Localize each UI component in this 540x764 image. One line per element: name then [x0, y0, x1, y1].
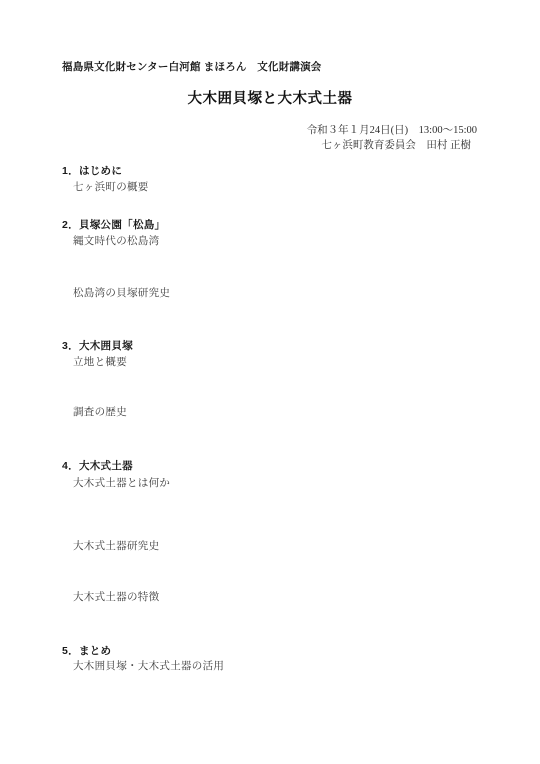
- section-2-item-2: 松島湾の貝塚研究史: [73, 287, 170, 300]
- section-5-item-1: 大木囲貝塚・大木式土器の活用: [73, 660, 224, 673]
- organizer-line: 福島県文化財センター白河館 まほろん 文化財講演会: [62, 61, 322, 74]
- section-heading-5: 5．まとめ: [62, 645, 111, 658]
- section-4-item-3: 大木式土器の特徴: [73, 591, 159, 604]
- section-heading-3: 3．大木囲貝塚: [62, 340, 133, 353]
- section-heading-2: 2．貝塚公園「松島」: [62, 219, 165, 232]
- section-2-item-1: 縄文時代の松島湾: [73, 235, 159, 248]
- event-datetime: 令和３年１月24日(日) 13:00～15:00: [307, 124, 477, 139]
- section-heading-1: 1．はじめに: [62, 165, 122, 178]
- section-4-item-1: 大木式土器とは何か: [73, 477, 170, 490]
- document-title: 大木囲貝塚と大木式土器: [0, 90, 540, 108]
- section-3-item-1: 立地と概要: [73, 356, 127, 369]
- section-heading-4: 4．大木式土器: [62, 460, 133, 473]
- event-meta: 令和３年１月24日(日) 13:00～15:00 七ヶ浜町教育委員会 田村 正樹: [307, 124, 477, 153]
- presenter-line: 七ヶ浜町教育委員会 田村 正樹: [307, 139, 477, 154]
- section-1-item-1: 七ヶ浜町の概要: [73, 181, 149, 194]
- section-4-item-2: 大木式土器研究史: [73, 540, 159, 553]
- document-page: 福島県文化財センター白河館 まほろん 文化財講演会 大木囲貝塚と大木式土器 令和…: [0, 0, 540, 764]
- section-3-item-2: 調査の歴史: [73, 406, 127, 419]
